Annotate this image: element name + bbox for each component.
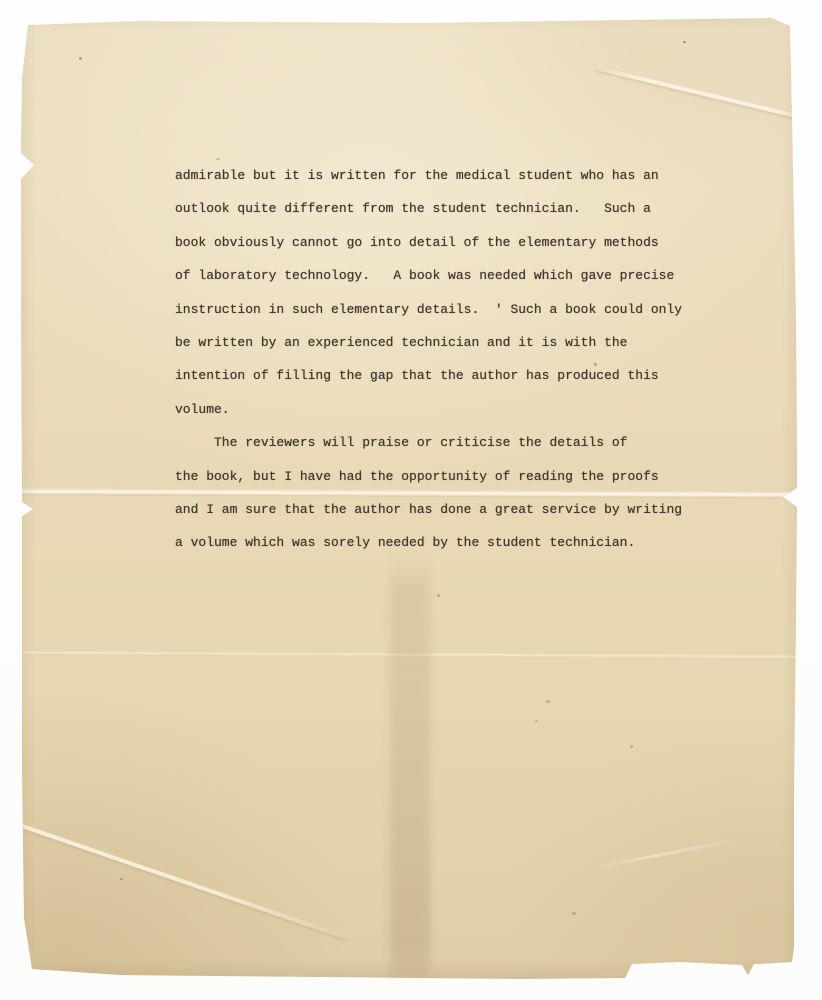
fold-crease-bottom-right xyxy=(595,837,743,869)
text-line: and I am sure that the author has done a… xyxy=(175,493,735,526)
fold-crease-top-right xyxy=(596,66,806,120)
paper-speck xyxy=(535,720,538,722)
paper-speck xyxy=(120,878,123,880)
text-line: book obviously cannot go into detail of … xyxy=(175,226,735,259)
paper-speck xyxy=(683,41,686,43)
paper-speck xyxy=(79,57,82,60)
typewritten-text: admirable but it is written for the medi… xyxy=(175,159,735,560)
paper-speck xyxy=(572,912,576,915)
text-line: the book, but I have had the opportunity… xyxy=(175,460,735,493)
paper-sheet: admirable but it is written for the medi… xyxy=(20,18,797,980)
text-line: outlook quite different from the student… xyxy=(175,192,735,225)
stain-streak xyxy=(390,556,430,980)
paper-speck xyxy=(437,594,440,597)
text-line: be written by an experienced technician … xyxy=(175,326,735,359)
text-line: admirable but it is written for the medi… xyxy=(175,159,735,192)
text-line: The reviewers will praise or criticise t… xyxy=(175,426,735,459)
text-line: of laboratory technology. A book was nee… xyxy=(175,259,735,292)
text-line: intention of filling the gap that the au… xyxy=(175,359,735,392)
paper-speck xyxy=(630,745,633,748)
fold-crease-faint-middle xyxy=(20,650,797,659)
text-line: volume. xyxy=(175,393,735,426)
scan-background: admirable but it is written for the medi… xyxy=(0,0,822,1000)
text-line: a volume which was sorely needed by the … xyxy=(175,526,735,559)
text-line: instruction in such elementary details. … xyxy=(175,293,735,326)
paper-speck xyxy=(546,700,550,703)
fold-crease-bottom-left xyxy=(21,824,349,940)
